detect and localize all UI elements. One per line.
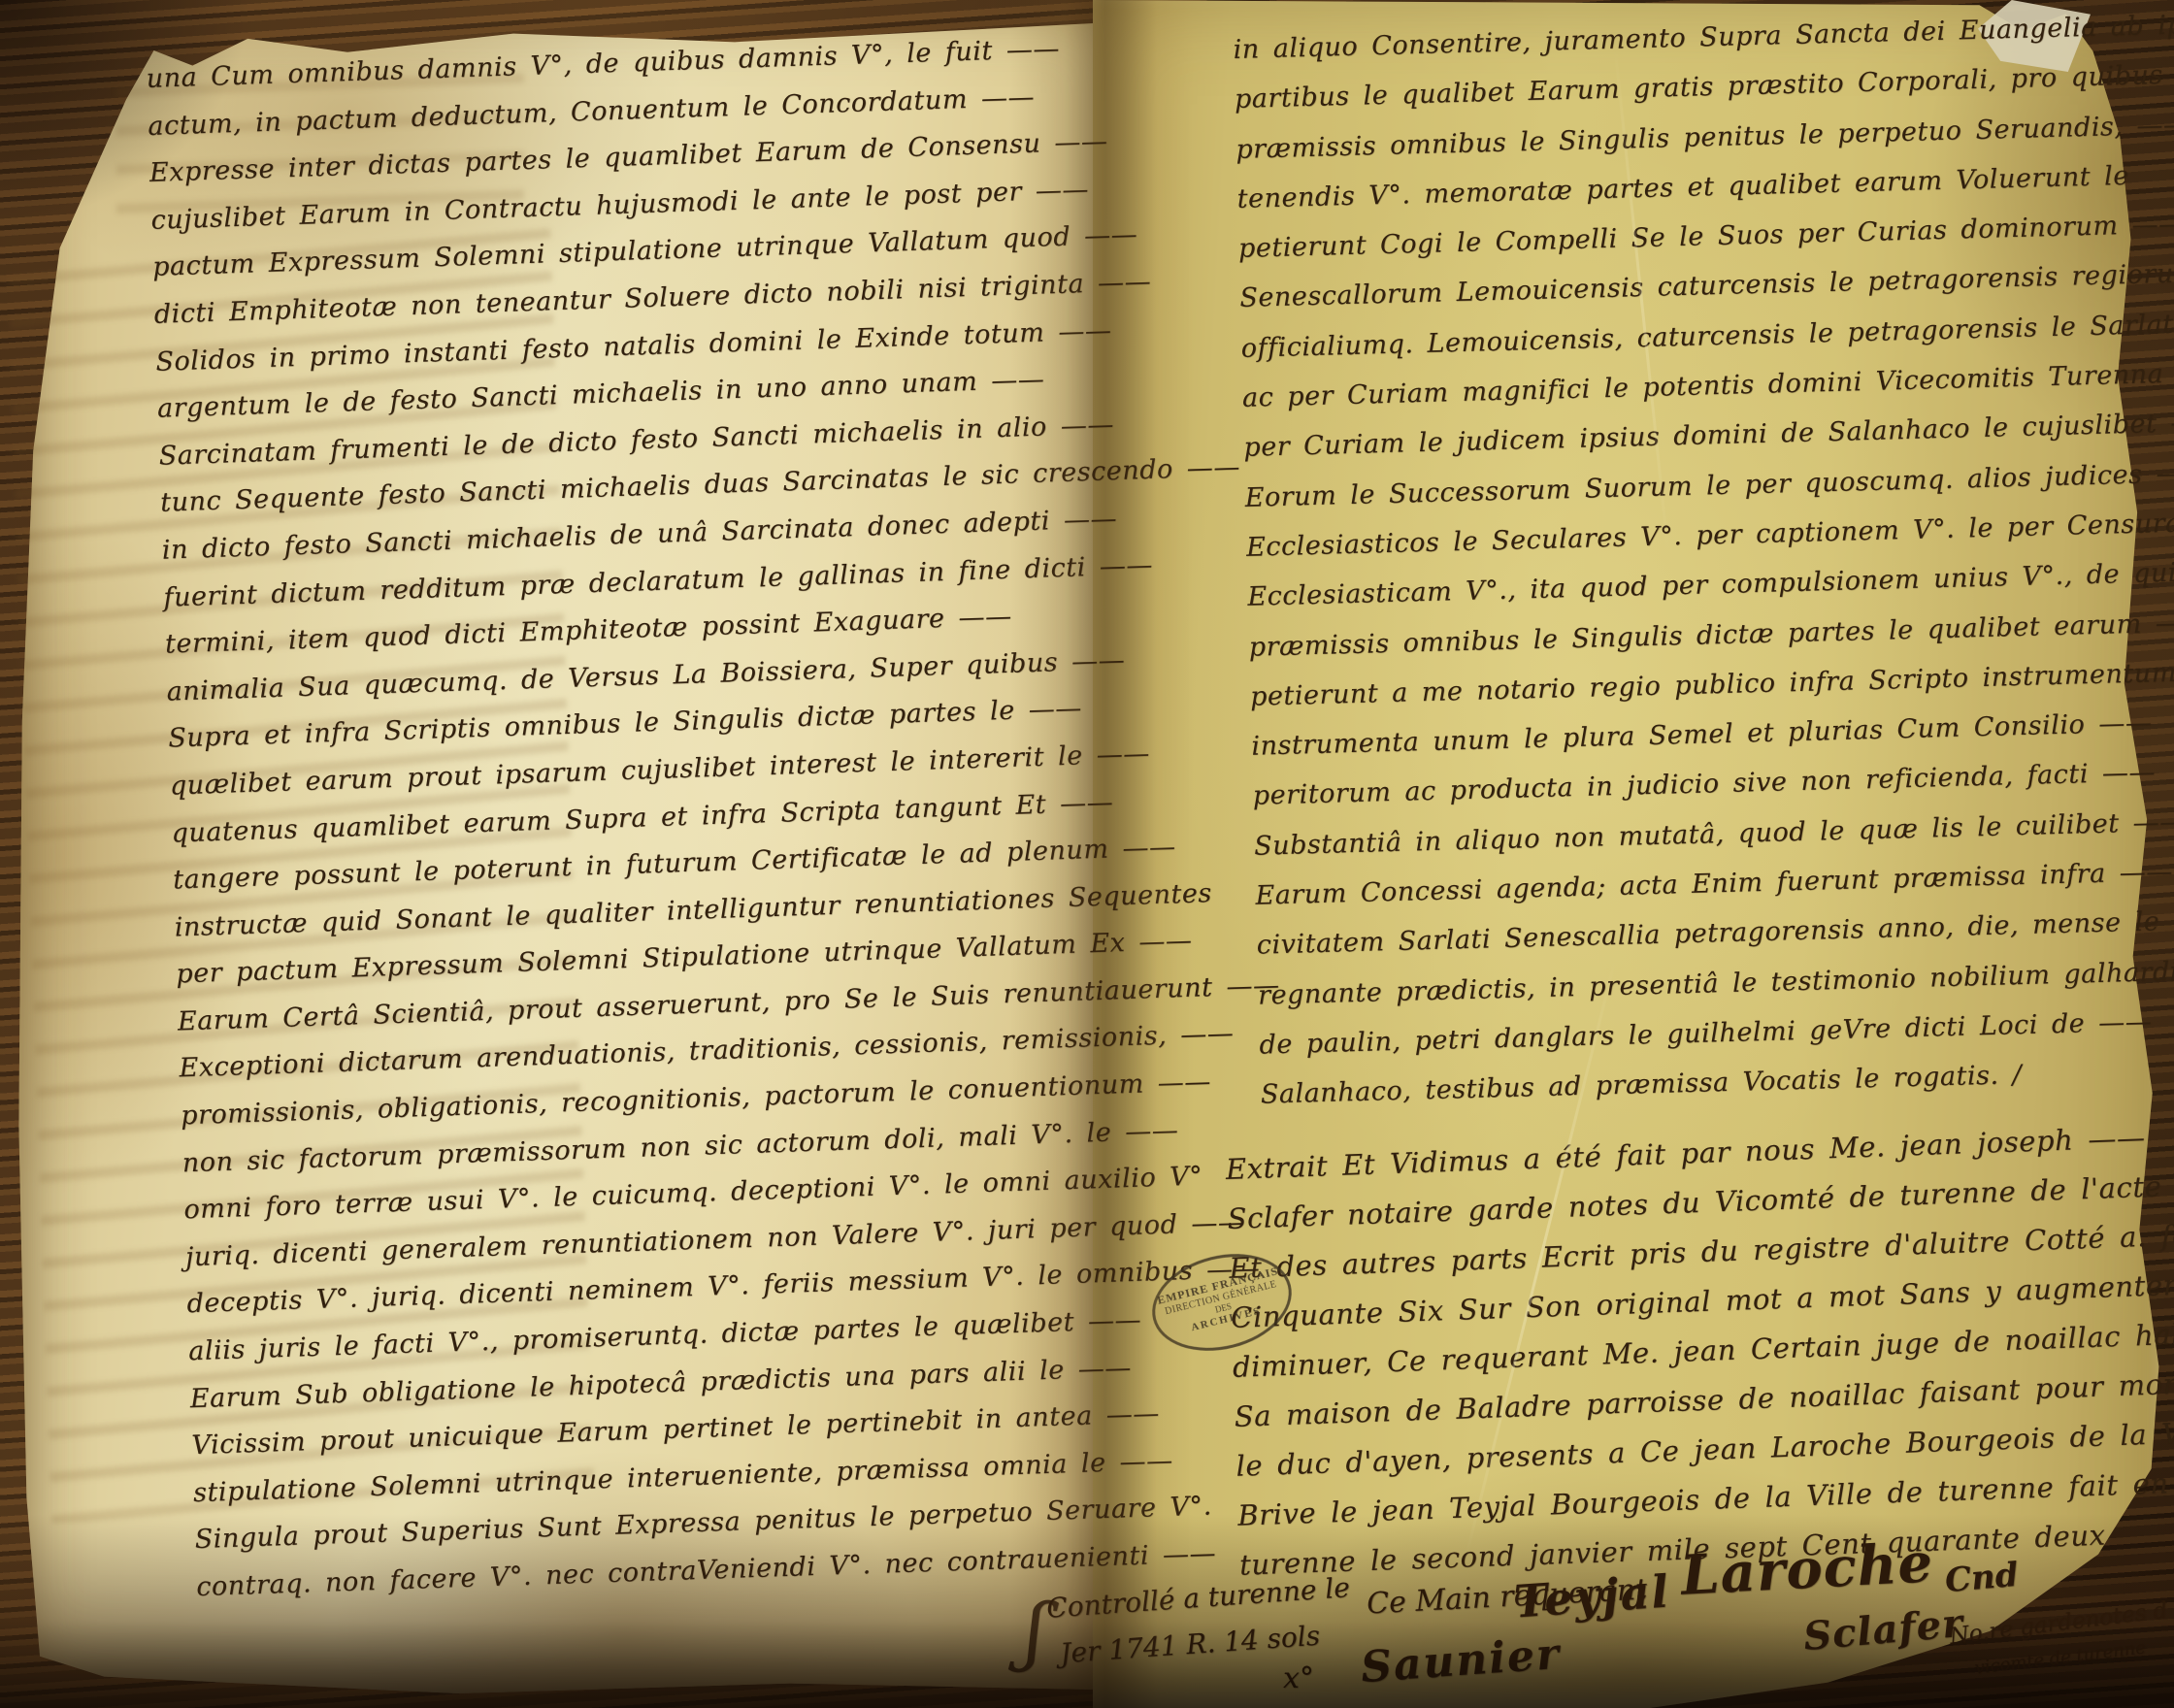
signature-teyjal: Teyjal [1512, 1564, 1671, 1627]
right-page-latin-text: in aliquo Consentire, juramento Supra Sa… [1233, 1, 2173, 1120]
signature-paraph-note: Cnd [1943, 1556, 2020, 1600]
sclafer-notary-title-2: vicomte de turenne [1973, 1637, 2147, 1678]
right-page-french-text: Extrait Et Vidimus a été fait par nous M… [1225, 1113, 2161, 1591]
signature-laroche: Laroche [1679, 1530, 1934, 1608]
control-cross-mark: x° [1283, 1661, 1314, 1695]
left-page-text: una Cum omnibus damnis V°, de quibus dam… [146, 25, 1129, 1612]
